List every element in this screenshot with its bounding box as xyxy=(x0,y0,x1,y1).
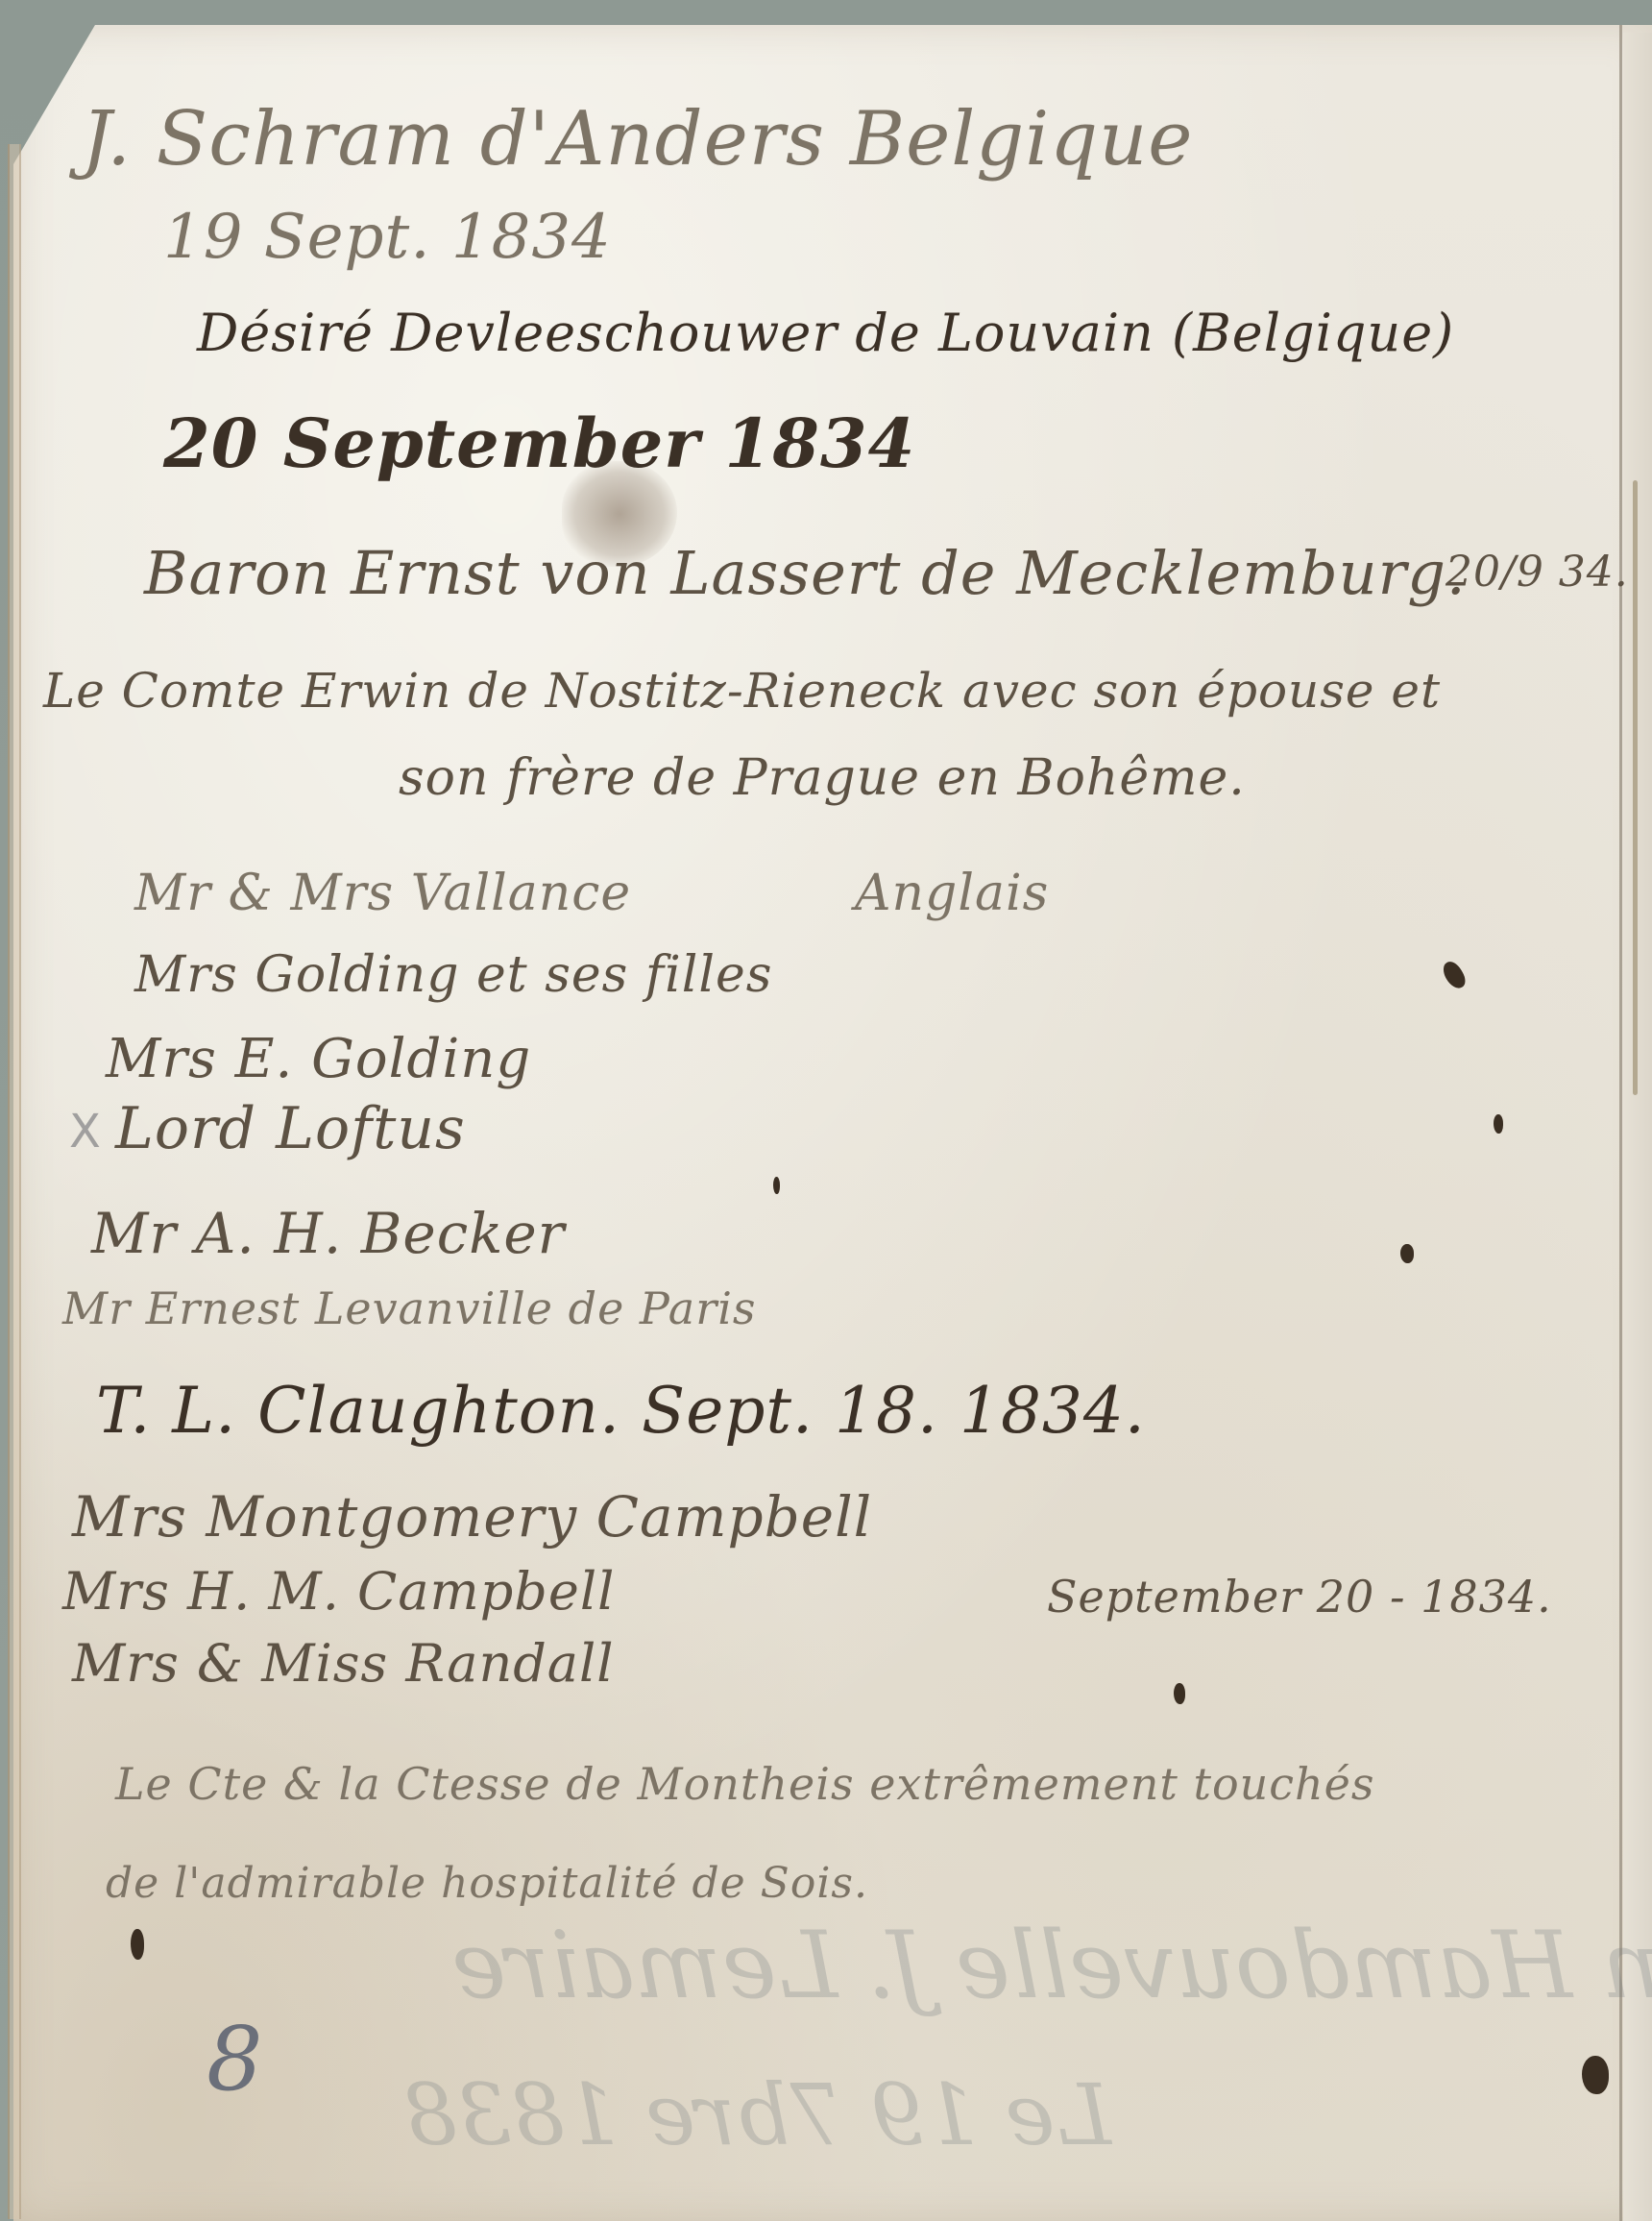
entry-schram-date: 19 Sept. 1834 xyxy=(163,202,612,273)
page-gutter xyxy=(1619,25,1622,2221)
entry-hm-campbell: Mrs H. M. Campbell xyxy=(62,1561,615,1622)
entry-devleeschouwer: Désiré Devleeschouwer de Louvain (Belgiq… xyxy=(197,303,1454,363)
entry-nostitz-line-2: son frère de Prague en Bohême. xyxy=(399,749,1246,807)
entry-vallance-note: Anglais xyxy=(855,865,1049,922)
manuscript-scan: Jean Hamdouvelle J. Lemaire Le 19 7bre 1… xyxy=(0,0,1652,2221)
ink-blot xyxy=(1582,2056,1609,2094)
pencil-x-mark: X xyxy=(69,1105,101,1159)
entry-montheis-line-1: Le Cte & la Ctesse de Montheis extrêmeme… xyxy=(115,1758,1375,1810)
show-through-text: Jean Hamdouvelle J. Lemaire xyxy=(451,1912,1652,2019)
entry-lassert: Baron Ernst von Lassert de Mecklemburg. xyxy=(144,538,1467,608)
adjacent-page-edge xyxy=(1623,33,1652,2221)
entry-montgomery-campbell: Mrs Montgomery Campbell xyxy=(72,1484,872,1550)
entry-vallance: Mr & Mrs Vallance xyxy=(134,865,631,922)
ink-blot xyxy=(1400,1244,1414,1263)
pencil-page-number: 8 xyxy=(206,2008,263,2111)
page-edge-left xyxy=(8,144,21,2219)
entry-nostitz-line-1: Le Comte Erwin de Nostitz-Rieneck avec s… xyxy=(43,663,1441,719)
entry-date-september-20: September 20 - 1834. xyxy=(1047,1571,1552,1623)
entry-lassert-date: 20/9 34. xyxy=(1445,548,1629,597)
entry-montheis-line-2: de l'admirable hospitalité de Sois. xyxy=(106,1859,868,1908)
ink-blot xyxy=(1174,1683,1185,1704)
show-through-date: Le 19 7bre 1838 xyxy=(403,2065,1111,2164)
entry-levanville: Mr Ernest Levanville de Paris xyxy=(62,1282,757,1334)
entry-becker: Mr A. H. Becker xyxy=(91,1201,565,1266)
entry-golding: Mrs Golding et ses filles xyxy=(134,946,773,1004)
entry-claughton: T. L. Claughton. Sept. 18. 1834. xyxy=(96,1374,1146,1448)
entry-loftus: Lord Loftus xyxy=(115,1095,466,1162)
entry-date-20-september: 20 September 1834 xyxy=(163,403,915,483)
entry-randall: Mrs & Miss Randall xyxy=(72,1633,615,1694)
ink-blot xyxy=(773,1177,780,1194)
entry-schram: J. Schram d'Anders Belgique xyxy=(82,96,1193,183)
entry-e-golding: Mrs E. Golding xyxy=(106,1028,531,1090)
binding-thread xyxy=(1633,480,1638,1095)
ink-blot xyxy=(1494,1114,1503,1134)
ink-blot xyxy=(131,1929,144,1960)
